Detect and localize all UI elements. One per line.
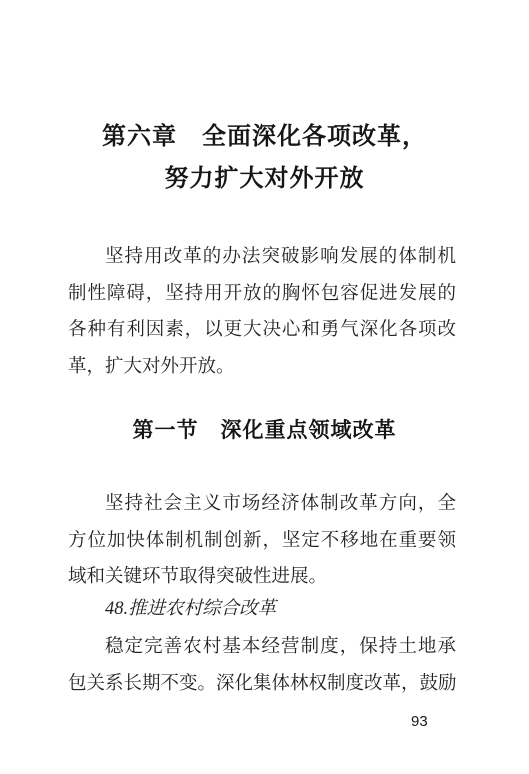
paragraph-line: 坚持用改革的办法突破影响发展的体制机 bbox=[68, 239, 456, 276]
paragraph-2: 坚持社会主义市场经济体制改革方向，全 方位加快体制机制创新，坚定不移地在重要领 … bbox=[68, 486, 456, 596]
paragraph-line: 各种有利因素，以更大决心和勇气深化各项改 bbox=[68, 312, 456, 349]
chapter-title-line-2: 努力扩大对外开放 bbox=[0, 165, 529, 193]
paragraph-1: 坚持用改革的办法突破影响发展的体制机 制性障碍，坚持用开放的胸怀包容促进发展的 … bbox=[68, 239, 456, 385]
paragraph-line: 稳定完善农村基本经营制度，保持土地承 bbox=[68, 629, 456, 666]
paragraph-line: 方位加快体制机制创新，坚定不移地在重要领 bbox=[68, 523, 456, 560]
paragraph-line: 革，扩大对外开放。 bbox=[68, 349, 456, 386]
page-number: 93 bbox=[411, 712, 428, 732]
section-title: 第一节 深化重点领域改革 bbox=[0, 417, 529, 443]
item-48-heading: 48.推进农村综合改革 bbox=[68, 594, 456, 624]
paragraph-line: 域和关键环节取得突破性进展。 bbox=[68, 559, 456, 596]
paragraph-3: 稳定完善农村基本经营制度，保持土地承 包关系长期不变。深化集体林权制度改革，鼓励 bbox=[68, 629, 456, 702]
paragraph-line: 坚持社会主义市场经济体制改革方向，全 bbox=[68, 486, 456, 523]
document-page: 第六章 全面深化各项改革， 努力扩大对外开放 坚持用改革的办法突破影响发展的体制… bbox=[0, 0, 529, 774]
paragraph-line: 包关系长期不变。深化集体林权制度改革，鼓励 bbox=[68, 666, 456, 703]
chapter-title-line-1: 第六章 全面深化各项改革， bbox=[0, 123, 529, 151]
paragraph-line: 制性障碍，坚持用开放的胸怀包容促进发展的 bbox=[68, 276, 456, 313]
